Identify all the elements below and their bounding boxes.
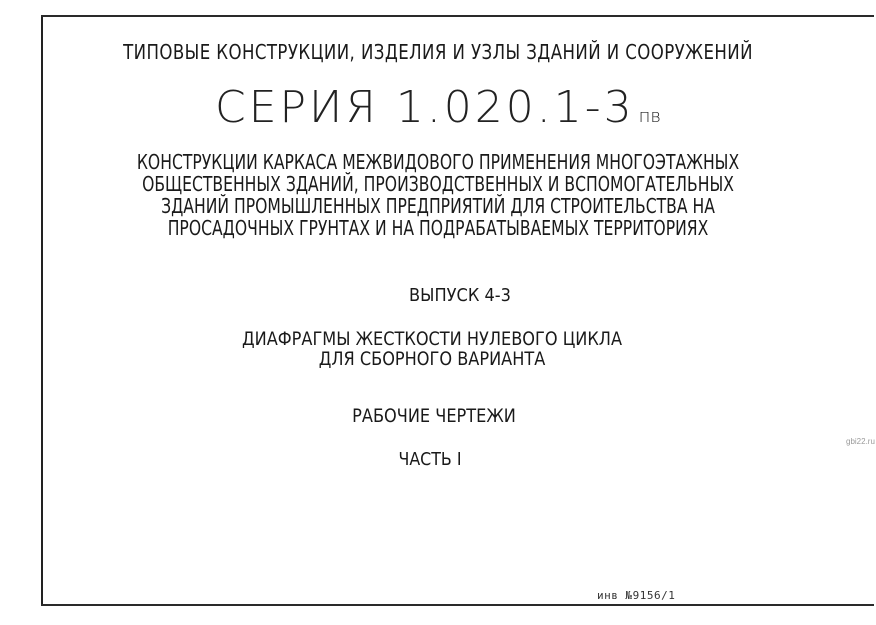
subject-line: ДИАФРАГМЫ ЖЕСТКОСТИ НУЛЕВОГО ЦИКЛА xyxy=(60,328,805,350)
frame-top-border xyxy=(41,15,874,17)
description-line: ПРОСАДОЧНЫХ ГРУНТАХ И НА ПОДРАБАТЫВАЕМЫХ… xyxy=(96,217,779,239)
part-number: ЧАСТЬ I xyxy=(45,449,816,470)
description-line: ОБЩЕСТВЕННЫХ ЗДАНИЙ, ПРОИЗВОДСТВЕННЫХ И … xyxy=(96,173,779,195)
document-header: ТИПОВЫЕ КОНСТРУКЦИИ, ИЗДЕЛИЯ И УЗЛЫ ЗДАН… xyxy=(74,40,801,64)
issue-number: ВЫПУСК 4-3 xyxy=(66,285,854,306)
drawing-type: РАБОЧИЕ ЧЕРТЕЖИ xyxy=(62,405,807,427)
watermark-text: gbi22.ru xyxy=(846,437,875,446)
frame-bottom-border xyxy=(41,604,874,606)
description-line: ЗДАНИЙ ПРОМЫШЛЕННЫХ ПРЕДПРИЯТИЙ ДЛЯ СТРО… xyxy=(96,195,779,217)
subject-line: ДЛЯ СБОРНОГО ВАРИАНТА xyxy=(60,348,805,370)
inventory-number: инв №9156/1 xyxy=(597,589,675,602)
series-suffix: пв xyxy=(639,106,661,127)
description-line: КОНСТРУКЦИИ КАРКАСА МЕЖВИДОВОГО ПРИМЕНЕН… xyxy=(96,151,779,173)
series-title: СЕРИЯ 1.020.1-3пв xyxy=(0,82,876,133)
series-label: СЕРИЯ 1.020.1-3 xyxy=(215,82,635,133)
